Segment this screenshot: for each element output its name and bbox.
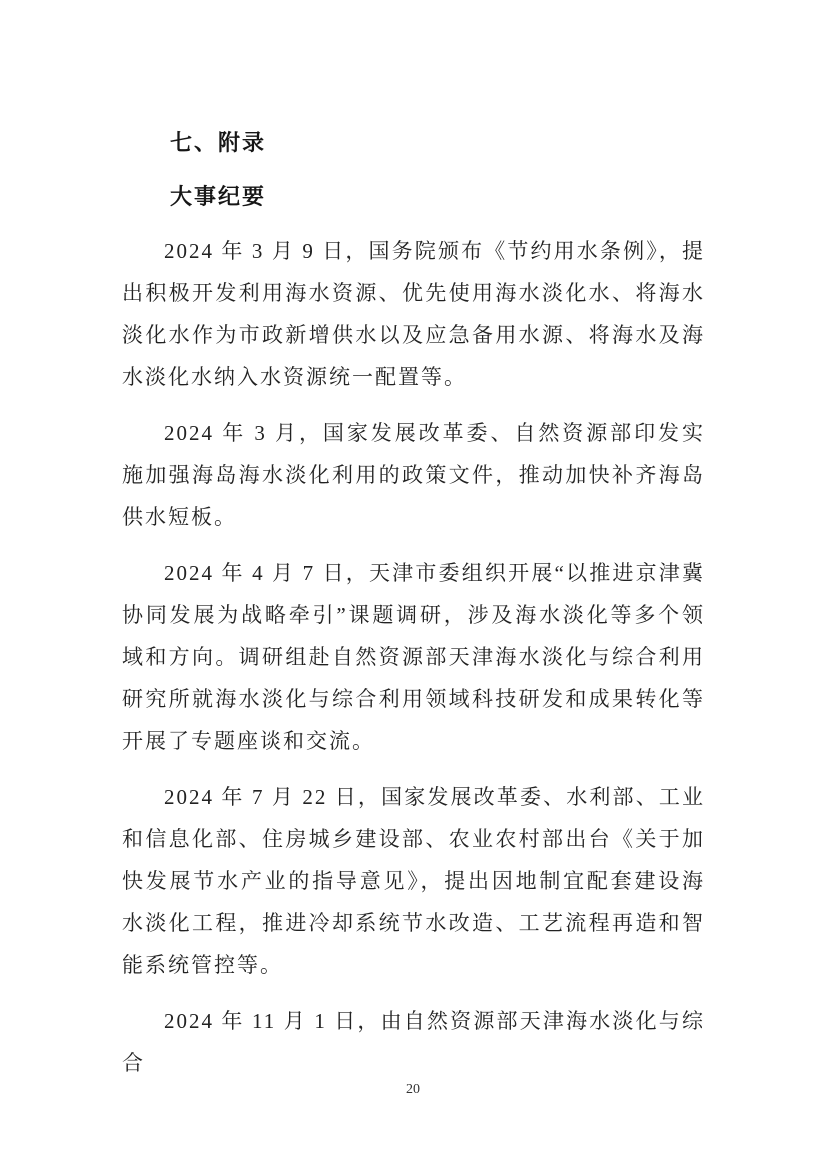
paragraph: 2024 年 3 月 9 日，国务院颁布《节约用水条例》，提出积极开发利用海水资… [122,230,705,398]
paragraph: 2024 年 7 月 22 日，国家发展改革委、水利部、工业和信息化部、住房城乡… [122,776,705,986]
document-content: 七、附录 大事纪要 2024 年 3 月 9 日，国务院颁布《节约用水条例》，提… [122,131,705,1098]
paragraph: 2024 年 11 月 1 日，由自然资源部天津海水淡化与综合 [122,1000,705,1084]
subsection-heading: 大事纪要 [122,185,705,209]
document-page: 七、附录 大事纪要 2024 年 3 月 9 日，国务院颁布《节约用水条例》，提… [0,0,826,1169]
page-number: 20 [0,1082,826,1098]
paragraph: 2024 年 3 月，国家发展改革委、自然资源部印发实施加强海岛海水淡化利用的政… [122,412,705,538]
paragraph: 2024 年 4 月 7 日，天津市委组织开展“以推进京津冀协同发展为战略牵引”… [122,552,705,762]
section-heading: 七、附录 [122,131,705,155]
paragraphs-container: 2024 年 3 月 9 日，国务院颁布《节约用水条例》，提出积极开发利用海水资… [122,230,705,1084]
